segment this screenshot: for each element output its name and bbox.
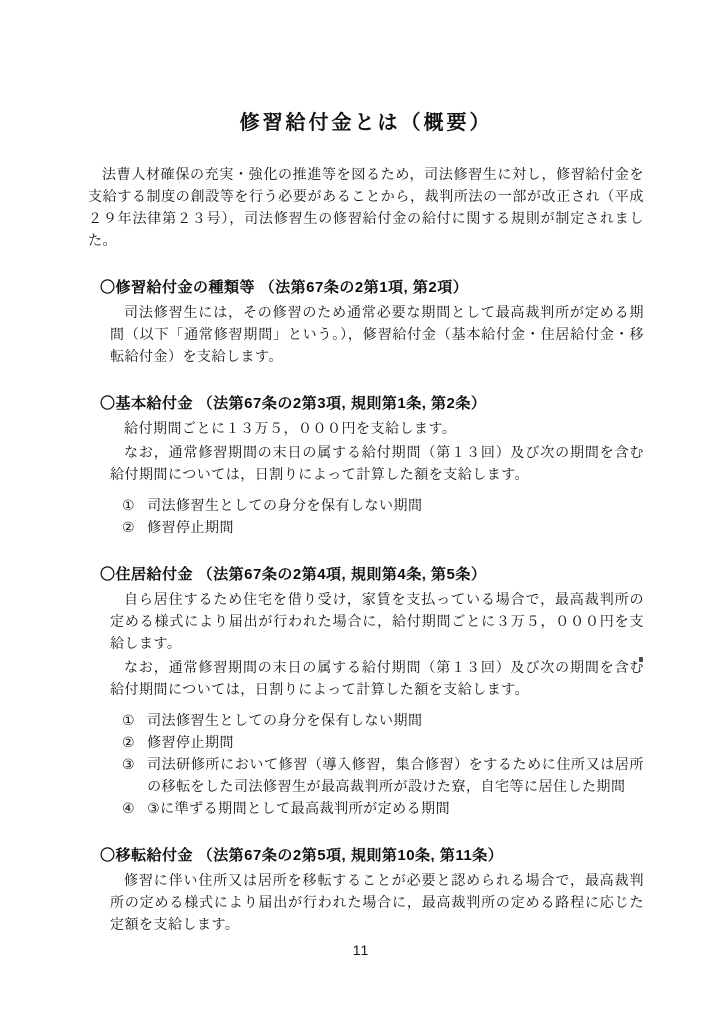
scan-artifact-dot <box>639 657 643 662</box>
list-item: ① 司法修習生としての身分を保有しない期間 <box>122 709 644 731</box>
list-item-marker: ① <box>122 709 135 731</box>
section-heading-relocation-benefit: 〇移転給付金 （法第67条の2第5項, 規則第10条, 第11条） <box>100 845 644 867</box>
intro-paragraph: 法曹人材確保の充実・強化の推進等を図るため，司法修習生に対し，修習給付金を支給す… <box>88 163 644 251</box>
list-item: ④ ③に準ずる期間として最高裁判所が定める期間 <box>122 797 644 819</box>
page-number: 11 <box>0 942 722 958</box>
list-item-marker: ② <box>122 516 135 538</box>
section-paragraph: 自ら居住するため住宅を借り受け，家賃を支払っている場合で，最高裁判所の定める様式… <box>100 588 644 654</box>
page-title: 修習給付金とは（概要） <box>88 106 644 135</box>
list-item-marker: ④ <box>122 797 135 819</box>
list-item: ③ 司法研修所において修習（導入修習，集合修習）をするために住所又は居所の移転を… <box>122 753 644 797</box>
section-heading-basic-benefit: 〇基本給付金 （法第67条の2第3項, 規則第1条, 第2条） <box>100 393 644 415</box>
section-paragraph: なお，通常修習期間の末日の属する給付期間（第１３回）及び次の期間を含む給付期間に… <box>100 441 644 485</box>
list-item: ② 修習停止期間 <box>122 731 644 753</box>
list-item-marker: ② <box>122 731 135 753</box>
section-benefit-types: 〇修習給付金の種類等 （法第67条の2第1項, 第2項） 司法修習生には，その修… <box>100 277 644 367</box>
list-item-text: 司法修習生としての身分を保有しない期間 <box>147 494 644 516</box>
section-paragraph: 修習に伴い住所又は居所を移転することが必要と認められる場合で，最高裁判所の定める… <box>100 869 644 935</box>
section-paragraph: 給付期間ごとに１３万５，０００円を支給します。 <box>100 417 644 439</box>
list-item-text: ③に準ずる期間として最高裁判所が定める期間 <box>147 797 644 819</box>
section-paragraph: なお，通常修習期間の末日の属する給付期間（第１３回）及び次の期間を含む給付期間に… <box>100 656 644 700</box>
list-item-text: 司法研修所において修習（導入修習，集合修習）をするために住所又は居所の移転をした… <box>147 753 644 797</box>
section-basic-benefit: 〇基本給付金 （法第67条の2第3項, 規則第1条, 第2条） 給付期間ごとに１… <box>100 393 644 538</box>
section-housing-benefit: 〇住居給付金 （法第67条の2第4項, 規則第4条, 第5条） 自ら居住するため… <box>100 564 644 819</box>
list-item-marker: ③ <box>122 753 135 797</box>
list-item-text: 司法修習生としての身分を保有しない期間 <box>147 709 644 731</box>
section-heading-housing-benefit: 〇住居給付金 （法第67条の2第4項, 規則第4条, 第5条） <box>100 564 644 586</box>
list-item-marker: ① <box>122 494 135 516</box>
list-item-text: 修習停止期間 <box>147 731 644 753</box>
housing-benefit-exclusion-list: ① 司法修習生としての身分を保有しない期間 ② 修習停止期間 ③ 司法研修所にお… <box>100 709 644 819</box>
section-relocation-benefit: 〇移転給付金 （法第67条の2第5項, 規則第10条, 第11条） 修習に伴い住… <box>100 845 644 935</box>
list-item: ① 司法修習生としての身分を保有しない期間 <box>122 494 644 516</box>
list-item: ② 修習停止期間 <box>122 516 644 538</box>
section-paragraph: 司法修習生には，その修習のため通常必要な期間として最高裁判所が定める期間（以下「… <box>100 301 644 367</box>
section-heading-benefit-types: 〇修習給付金の種類等 （法第67条の2第1項, 第2項） <box>100 277 644 299</box>
basic-benefit-exclusion-list: ① 司法修習生としての身分を保有しない期間 ② 修習停止期間 <box>100 494 644 538</box>
list-item-text: 修習停止期間 <box>147 516 644 538</box>
scan-artifact-dot <box>367 334 370 337</box>
document-page: 修習給付金とは（概要） 法曹人材確保の充実・強化の推進等を図るため，司法修習生に… <box>0 0 722 1024</box>
